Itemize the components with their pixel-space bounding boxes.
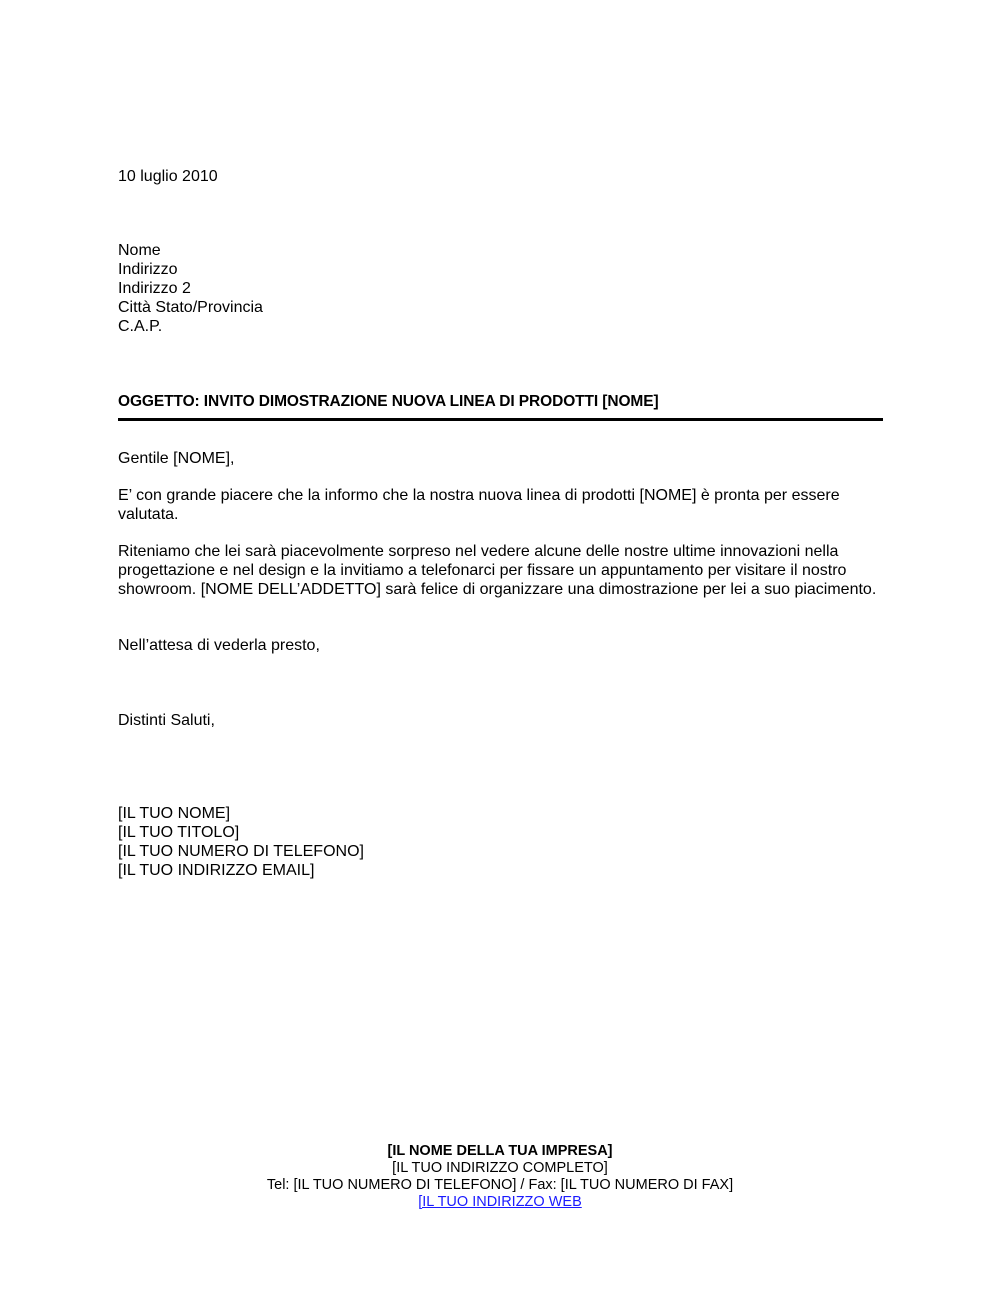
letter-subject: OGGETTO: INVITO DIMOSTRAZIONE NUOVA LINE…: [118, 392, 659, 411]
body-paragraph: Riteniamo che lei sarà piacevolmente sor…: [118, 542, 883, 599]
letter-date: 10 luglio 2010: [118, 167, 218, 186]
signature-title: [IL TUO TITOLO]: [118, 823, 364, 842]
recipient-address-line-1: Indirizzo: [118, 260, 263, 279]
body-paragraph: Nell’attesa di vederla presto,: [118, 636, 883, 655]
footer-company: [IL NOME DELLA TUA IMPRESA]: [0, 1143, 1000, 1160]
salutation: Gentile [NOME],: [118, 449, 234, 468]
recipient-city-state: Città Stato/Provincia: [118, 298, 263, 317]
closing: Distinti Saluti,: [118, 711, 215, 730]
signature-block: [IL TUO NOME] [IL TUO TITOLO] [IL TUO NU…: [118, 804, 364, 880]
footer-address: [IL TUO INDIRIZZO COMPLETO]: [0, 1160, 1000, 1177]
signature-email: [IL TUO INDIRIZZO EMAIL]: [118, 861, 364, 880]
body-paragraph: E’ con grande piacere che la informo che…: [118, 486, 883, 524]
letterhead-footer: [IL NOME DELLA TUA IMPRESA] [IL TUO INDI…: [0, 1143, 1000, 1211]
footer-web-link[interactable]: [IL TUO INDIRIZZO WEB: [418, 1194, 582, 1210]
signature-name: [IL TUO NOME]: [118, 804, 364, 823]
recipient-name: Nome: [118, 241, 263, 260]
recipient-address: Nome Indirizzo Indirizzo 2 Città Stato/P…: [118, 241, 263, 336]
letter-page: 10 luglio 2010 Nome Indirizzo Indirizzo …: [0, 0, 1000, 1290]
signature-phone: [IL TUO NUMERO DI TELEFONO]: [118, 842, 364, 861]
footer-contacts: Tel: [IL TUO NUMERO DI TELEFONO] / Fax: …: [0, 1177, 1000, 1194]
recipient-postal-code: C.A.P.: [118, 317, 263, 336]
recipient-address-line-2: Indirizzo 2: [118, 279, 263, 298]
subject-divider: [118, 418, 883, 421]
